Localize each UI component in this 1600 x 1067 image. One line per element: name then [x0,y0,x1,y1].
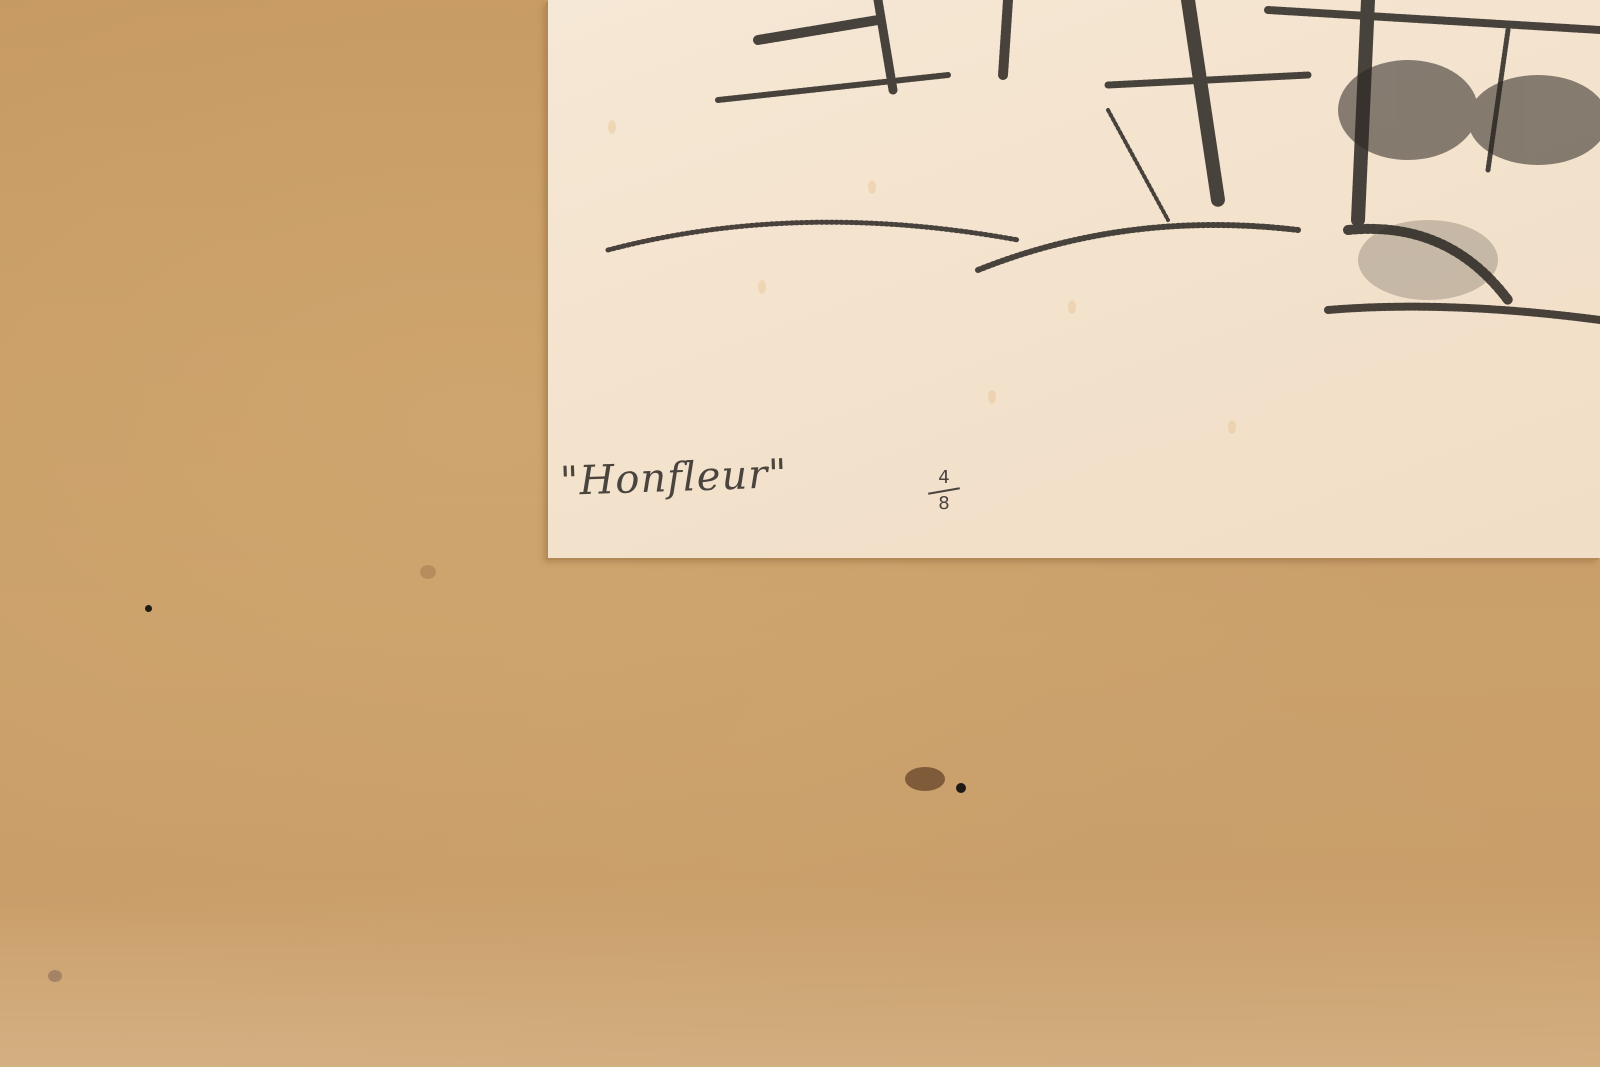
mat-fade [0,877,1600,1067]
foxing-spot [1228,420,1236,434]
harbor-sketch [548,0,1600,360]
edition-denominator: 8 [928,494,960,514]
dark-speck [145,605,152,612]
stain-spot [420,565,436,579]
stain-spot [48,970,62,982]
dark-speck [956,783,966,793]
foxing-spot [988,390,996,404]
title-inscription: "Honfleur" [559,451,788,505]
stain-spot [905,767,945,791]
edition-numerator: 4 [928,468,960,488]
edition-number: 4 8 [928,468,960,514]
